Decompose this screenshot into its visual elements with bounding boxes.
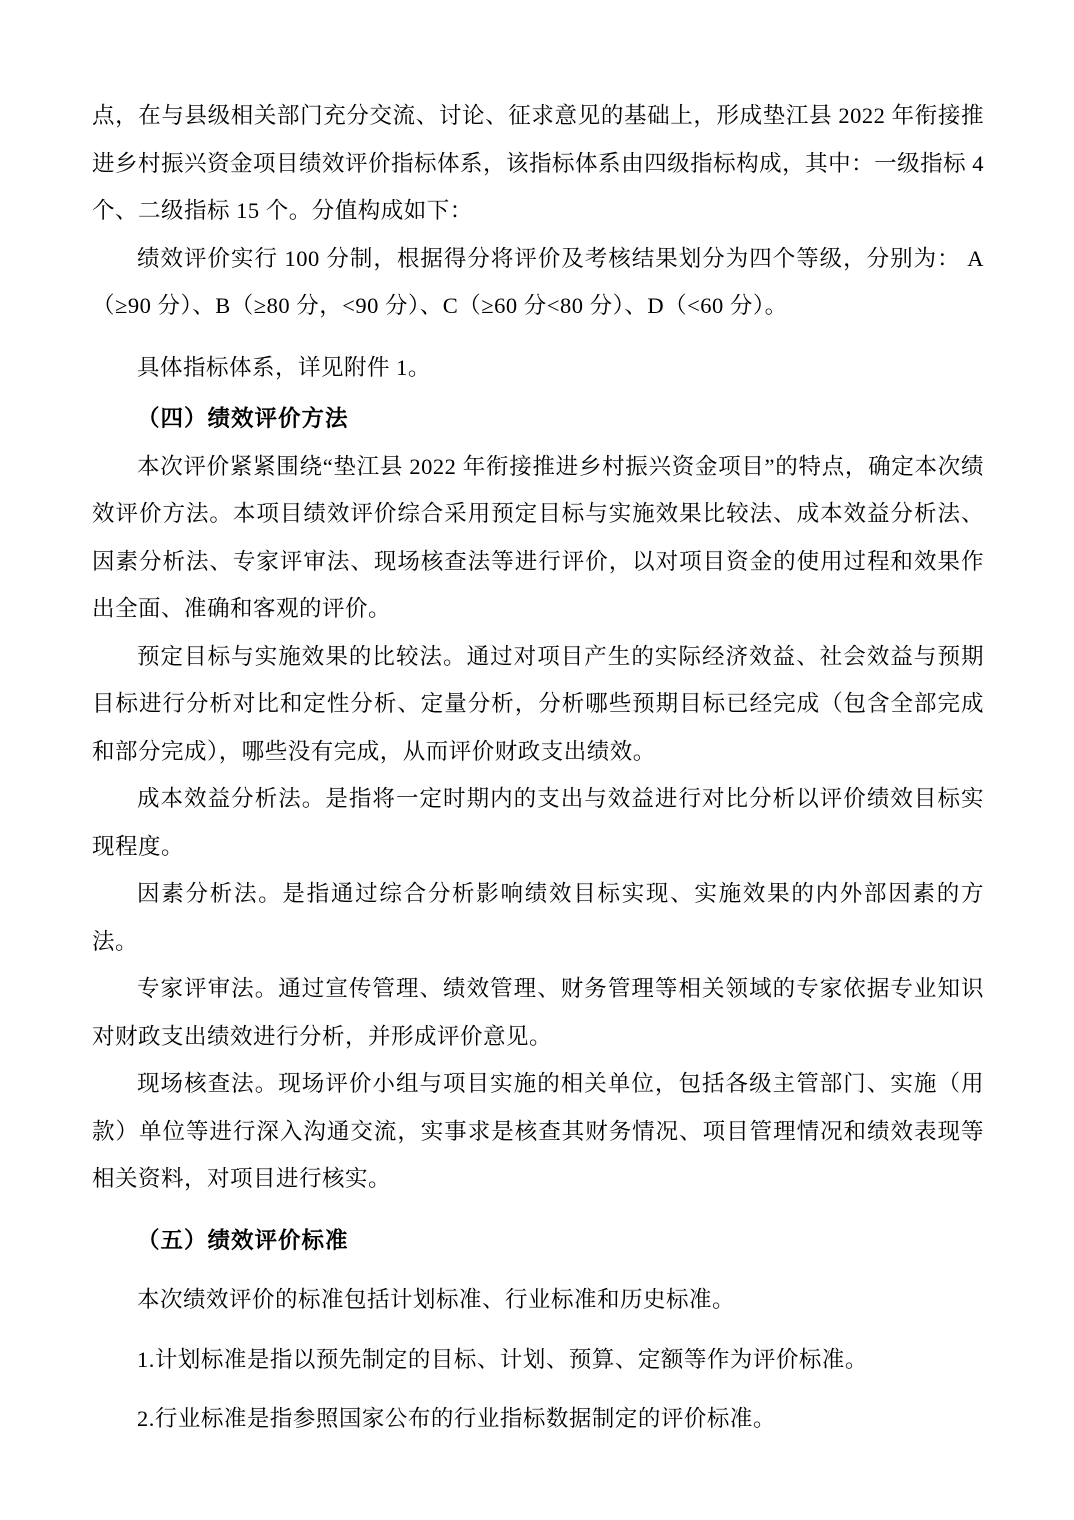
paragraph: 本次绩效评价的标准包括计划标准、行业标准和历史标准。 [92,1276,984,1324]
paragraph: 成本效益分析法。是指将一定时期内的支出与效益进行对比分析以评价绩效目标实现程度。 [92,775,984,870]
section-heading: （五）绩效评价标准 [92,1217,984,1265]
paragraph: 本次评价紧紧围绕“垫江县 2022 年衔接推进乡村振兴资金项目”的特点，确定本次… [92,443,984,633]
paragraph: 专家评审法。通过宣传管理、绩效管理、财务管理等相关领域的专家依据专业知识对财政支… [92,965,984,1060]
paragraph: 点，在与县级相关部门充分交流、讨论、征求意见的基础上，形成垫江县 2022 年衔… [92,92,984,235]
section-heading: （四）绩效评价方法 [92,395,984,443]
paragraph: 预定目标与实施效果的比较法。通过对项目产生的实际经济效益、社会效益与预期目标进行… [92,633,984,776]
paragraph: 因素分析法。是指通过综合分析影响绩效目标实现、实施效果的内外部因素的方法。 [92,870,984,965]
paragraph: 具体指标体系，详见附件 1。 [92,344,984,392]
document-page: 点，在与县级相关部门充分交流、讨论、征求意见的基础上，形成垫江县 2022 年衔… [0,0,1074,1520]
paragraph: 现场核查法。现场评价小组与项目实施的相关单位，包括各级主管部门、实施（用款）单位… [92,1060,984,1203]
paragraph: 2.行业标准是指参照国家公布的行业指标数据制定的评价标准。 [92,1395,984,1443]
paragraph: 1.计划标准是指以预先制定的目标、计划、预算、定额等作为评价标准。 [92,1336,984,1384]
document-body: 点，在与县级相关部门充分交流、讨论、征求意见的基础上，形成垫江县 2022 年衔… [92,92,984,1443]
paragraph: 绩效评价实行 100 分制，根据得分将评价及考核结果划分为四个等级，分别为： A… [92,235,984,330]
